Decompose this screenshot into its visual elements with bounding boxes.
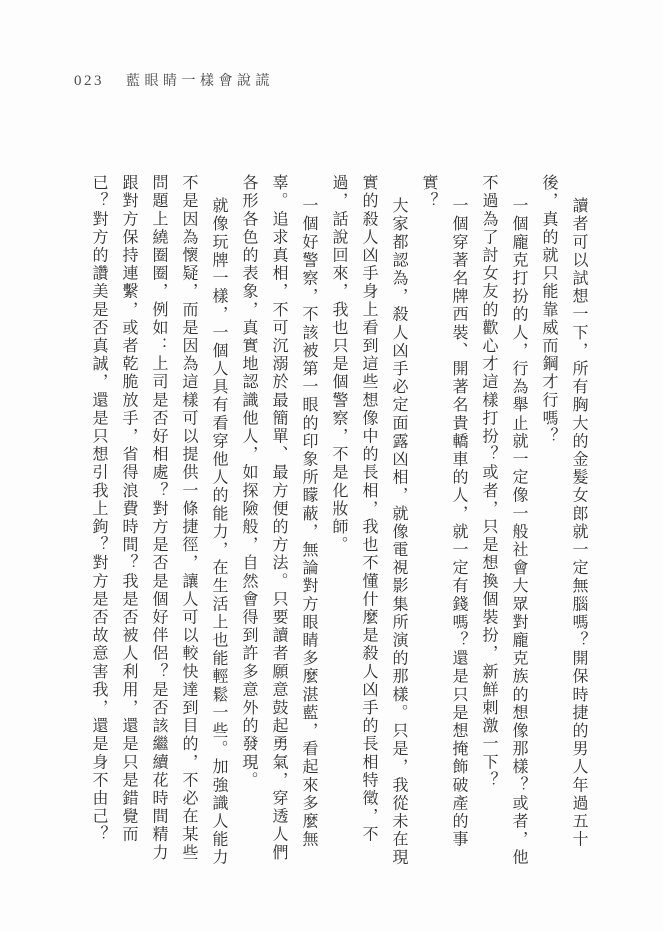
book-title: 藍眼睛一樣會說謊 (126, 70, 274, 90)
book-page: 023 藍眼睛一樣會說謊 讀者可以試想一下，所有胸大的金髮女郎就一定無腦嗎？開保… (0, 0, 663, 932)
body-paragraph: 一個穿著名牌西裝、開著名貴轎車的人，就一定有錢嗎？還是只是想掩飾破產的事實？ (413, 174, 473, 868)
body-paragraph: 就像玩牌一樣，一個人具有看穿他人的能力，在生活上也能輕鬆一些。加強識人能力不是因… (83, 174, 233, 868)
body-paragraph: 一個好警察，不該被第一眼的印象所矇蔽，無論對方眼睛多麼湛藍，看起來多麼無辜。追求… (233, 174, 323, 868)
text-body: 讀者可以試想一下，所有胸大的金髮女郎就一定無腦嗎？開保時捷的男人年過五十後，真的… (83, 174, 593, 868)
page-number: 023 (74, 73, 104, 90)
page-header: 023 藍眼睛一樣會說謊 (74, 70, 274, 90)
body-paragraph: 一個龐克打扮的人，行為舉止就一定像一般社會大眾對龐克族的想像那樣？或者，他不過為… (473, 174, 533, 868)
body-paragraph: 讀者可以試想一下，所有胸大的金髮女郎就一定無腦嗎？開保時捷的男人年過五十後，真的… (533, 174, 593, 868)
body-paragraph: 大家都認為，殺人凶手必定面露凶相，就像電視影集所演的那樣。只是，我從未在現實的殺… (323, 174, 413, 868)
